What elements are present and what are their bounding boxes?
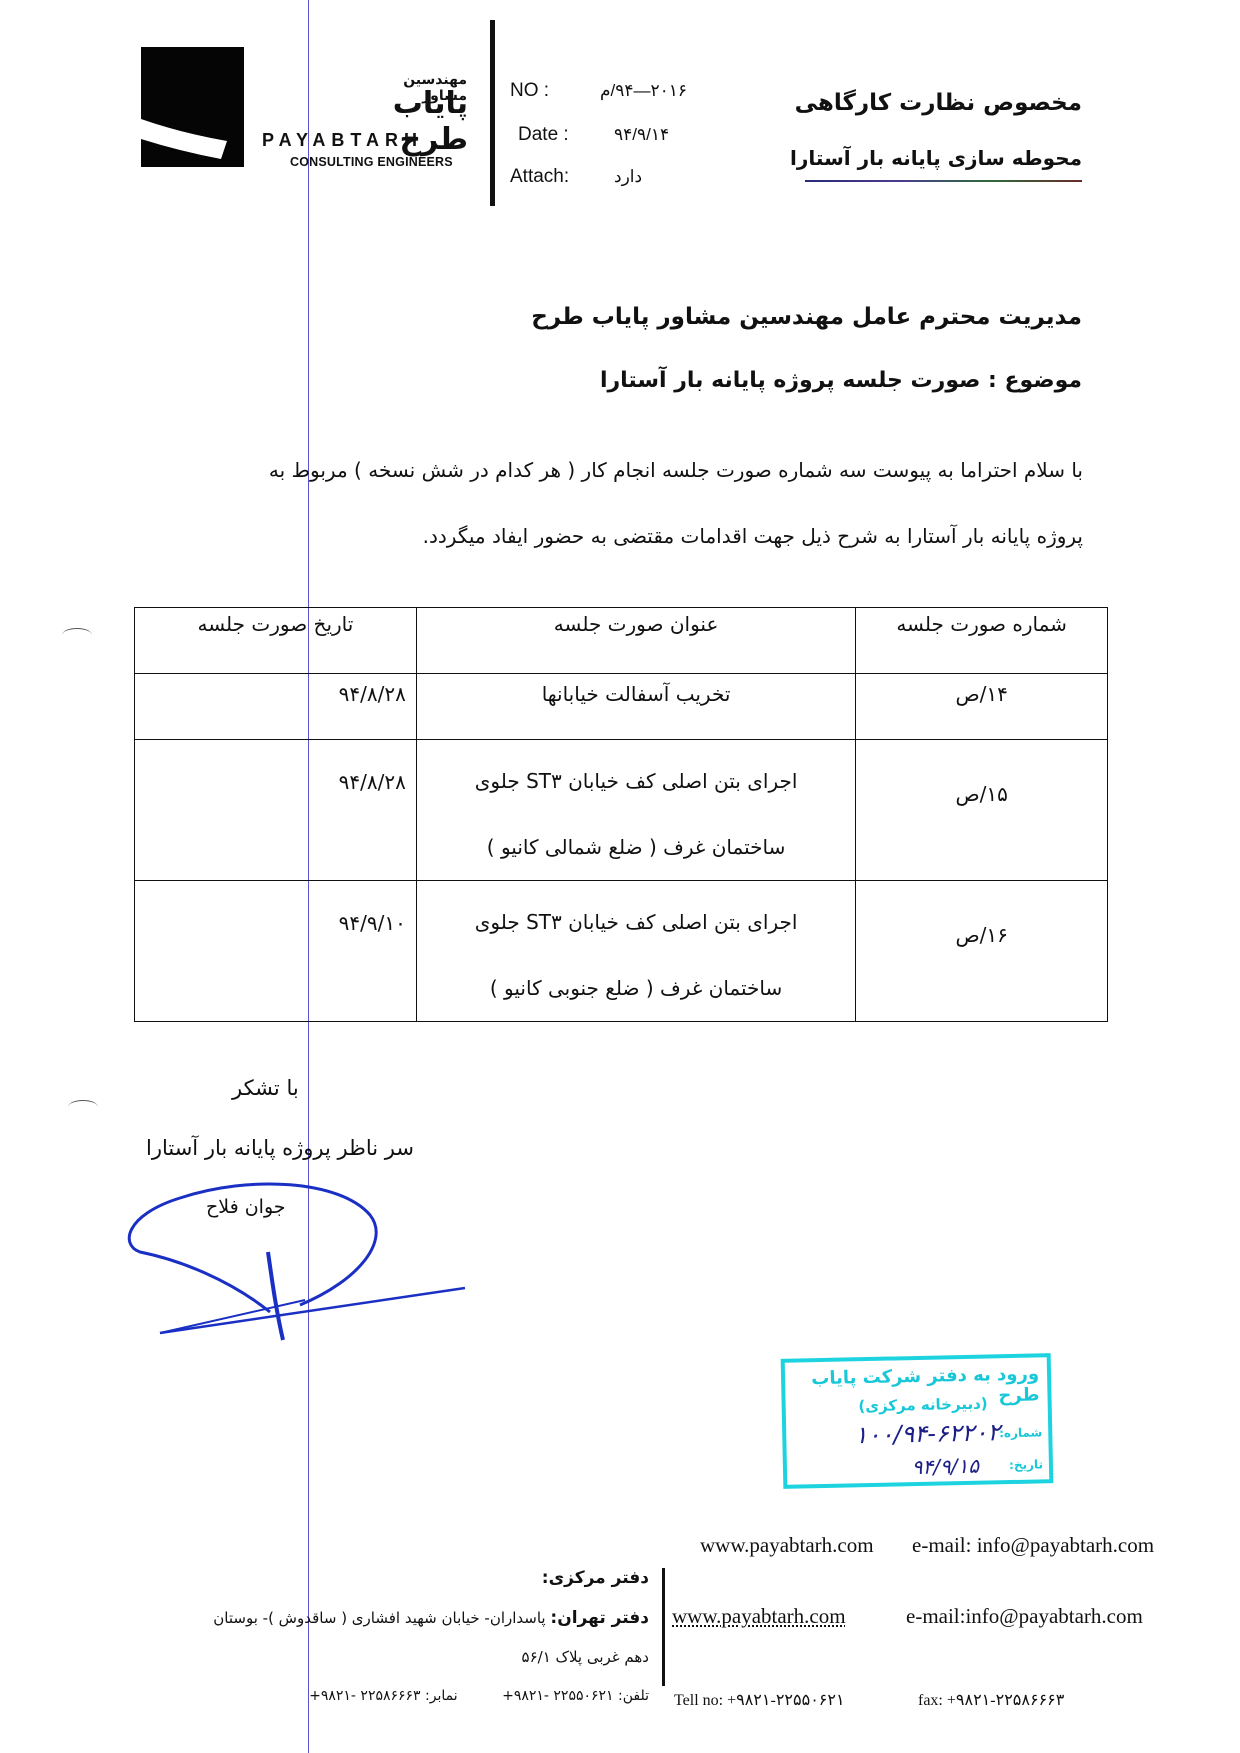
- header-minutes-number: شماره صورت جلسه: [856, 608, 1108, 674]
- tehran-office-address: دفتر تهران: پاسداران- خیابان شهید افشاری…: [213, 1608, 649, 1628]
- punch-hole-mark: [68, 1100, 98, 1114]
- letter-date-value: ۹۴/۹/۱۴: [614, 125, 669, 145]
- phone-english: Tell no: +۹۸۲۱-۲۲۵۵۰۶۲۱: [674, 1690, 845, 1710]
- letter-number-row: NO : ۲۰۱۶—۹۴/م: [510, 80, 687, 102]
- phone-persian: تلفن: ۲۲۵۵۰۶۲۱ -۹۸۲۱+: [502, 1688, 649, 1704]
- minutes-title-cell: اجرای بتن اصلی کف خیابان ST۳ جلوی ساختما…: [416, 881, 855, 1022]
- punch-hole-mark: [62, 628, 92, 642]
- minutes-title-line-1: اجرای بتن اصلی کف خیابان ST۳ جلوی: [417, 889, 855, 955]
- table-row: ۱۵/ص اجرای بتن اصلی کف خیابان ST۳ جلوی س…: [135, 740, 1108, 881]
- logo-english-subtitle: CONSULTING ENGINEERS: [290, 155, 453, 169]
- stamp-date-label: تاریخ:: [1009, 1457, 1043, 1472]
- closing-thanks: با تشکر: [232, 1076, 299, 1100]
- addressee: مدیریت محترم عامل مهندسین مشاور پایاب طر…: [531, 304, 1082, 330]
- body-paragraph-line-1: با سلام احتراما به پیوست سه شماره صورت ج…: [138, 458, 1083, 482]
- letter-number-value: ۲۰۱۶—۹۴/م: [600, 81, 687, 101]
- attachment-label: Attach:: [510, 166, 614, 188]
- minutes-table: شماره صورت جلسه عنوان صورت جلسه تاریخ صو…: [134, 607, 1108, 1022]
- minutes-number-cell: ۱۵/ص: [856, 740, 1108, 881]
- minutes-number-cell: ۱۴/ص: [856, 674, 1108, 740]
- letter-date-label: Date :: [518, 124, 614, 146]
- receipt-stamp: ورود به دفتر شرکت پایاب طرح (دبیرخانه مر…: [781, 1353, 1054, 1489]
- stamp-number-value: ۱۰۰/۹۴-۶۲۲۰۲: [854, 1418, 1000, 1449]
- minutes-title-cell: تخریب آسفالت خیابانها: [416, 674, 855, 740]
- attachment-row: Attach: دارد: [510, 166, 642, 188]
- signer-role: سر ناظر پروژه پایانه بار آستارا: [146, 1136, 414, 1160]
- org-title: مخصوص نظارت کارگاهی: [795, 90, 1082, 116]
- signer-name: جوان فلاح: [206, 1196, 286, 1218]
- stamp-date-value: ۹۴/۹/۱۵: [912, 1454, 980, 1479]
- logo-mark-icon: [141, 47, 244, 167]
- company-logo: [141, 47, 244, 167]
- table-header-row: شماره صورت جلسه عنوان صورت جلسه تاریخ صو…: [135, 608, 1108, 674]
- fax-persian: نمابر: ۲۲۵۸۶۶۶۳ -۹۸۲۱+: [309, 1688, 458, 1704]
- body-paragraph-line-2: پروژه پایانه بار آستارا به شرح ذیل جهت ا…: [138, 524, 1083, 548]
- email-top[interactable]: e-mail: info@payabtarh.com: [912, 1533, 1154, 1558]
- letter-number-label: NO :: [510, 80, 600, 102]
- minutes-date-cell: ۹۴/۹/۱۰: [135, 881, 417, 1022]
- minutes-title-cell: اجرای بتن اصلی کف خیابان ST۳ جلوی ساختما…: [416, 740, 855, 881]
- website-link[interactable]: www.payabtarh.com: [672, 1604, 846, 1629]
- address-line-2: دهم غربی پلاک ۵۶/۱: [522, 1648, 649, 1666]
- handwritten-signature: [120, 1160, 480, 1360]
- header-minutes-date: تاریخ صورت جلسه: [135, 608, 417, 674]
- minutes-title-line-1: اجرای بتن اصلی کف خیابان ST۳ جلوی: [417, 748, 855, 814]
- project-title: محوطه سازی پایانه بار آستارا: [790, 146, 1082, 170]
- logo-english-name: PAYABTARH: [262, 130, 423, 151]
- table-row: ۱۴/ص تخریب آسفالت خیابانها ۹۴/۸/۲۸: [135, 674, 1108, 740]
- tehran-address-text: پاسداران- خیابان شهید افشاری ( ساقدوش )-…: [213, 1609, 545, 1627]
- footer-divider: [662, 1568, 665, 1686]
- stamp-number-label: شماره:: [999, 1425, 1042, 1440]
- persian-phone-fax: تلفن: ۲۲۵۵۰۶۲۱ -۹۸۲۱+ نمابر: ۲۲۵۸۶۶۶۳ -۹…: [269, 1688, 649, 1704]
- project-underline: [805, 180, 1082, 182]
- header-divider: [490, 20, 495, 206]
- minutes-title-line-2: ساختمان غرف ( ضلع شمالی کانیو ): [417, 814, 855, 880]
- table-row: ۱۶/ص اجرای بتن اصلی کف خیابان ST۳ جلوی س…: [135, 881, 1108, 1022]
- tehran-office-label: دفتر تهران:: [550, 1608, 649, 1628]
- central-office-label: دفتر مرکزی:: [542, 1568, 649, 1588]
- attachment-value: دارد: [614, 167, 642, 187]
- minutes-title-line-2: ساختمان غرف ( ضلع جنوبی کانیو ): [417, 955, 855, 1021]
- minutes-date-cell: ۹۴/۸/۲۸: [135, 674, 417, 740]
- website-top[interactable]: www.payabtarh.com: [700, 1533, 874, 1558]
- stamp-subtitle: (دبیرخانه مرکزی): [858, 1395, 988, 1416]
- letter-date-row: Date : ۹۴/۹/۱۴: [518, 124, 669, 146]
- email-address[interactable]: e-mail:info@payabtarh.com: [906, 1604, 1143, 1629]
- subject-line: موضوع : صورت جلسه پروژه پایانه بار آستار…: [600, 368, 1082, 393]
- header-minutes-title: عنوان صورت جلسه: [416, 608, 855, 674]
- minutes-date-cell: ۹۴/۸/۲۸: [135, 740, 417, 881]
- minutes-number-cell: ۱۶/ص: [856, 881, 1108, 1022]
- fax-english: fax: +۹۸۲۱-۲۲۵۸۶۶۶۳: [918, 1690, 1064, 1710]
